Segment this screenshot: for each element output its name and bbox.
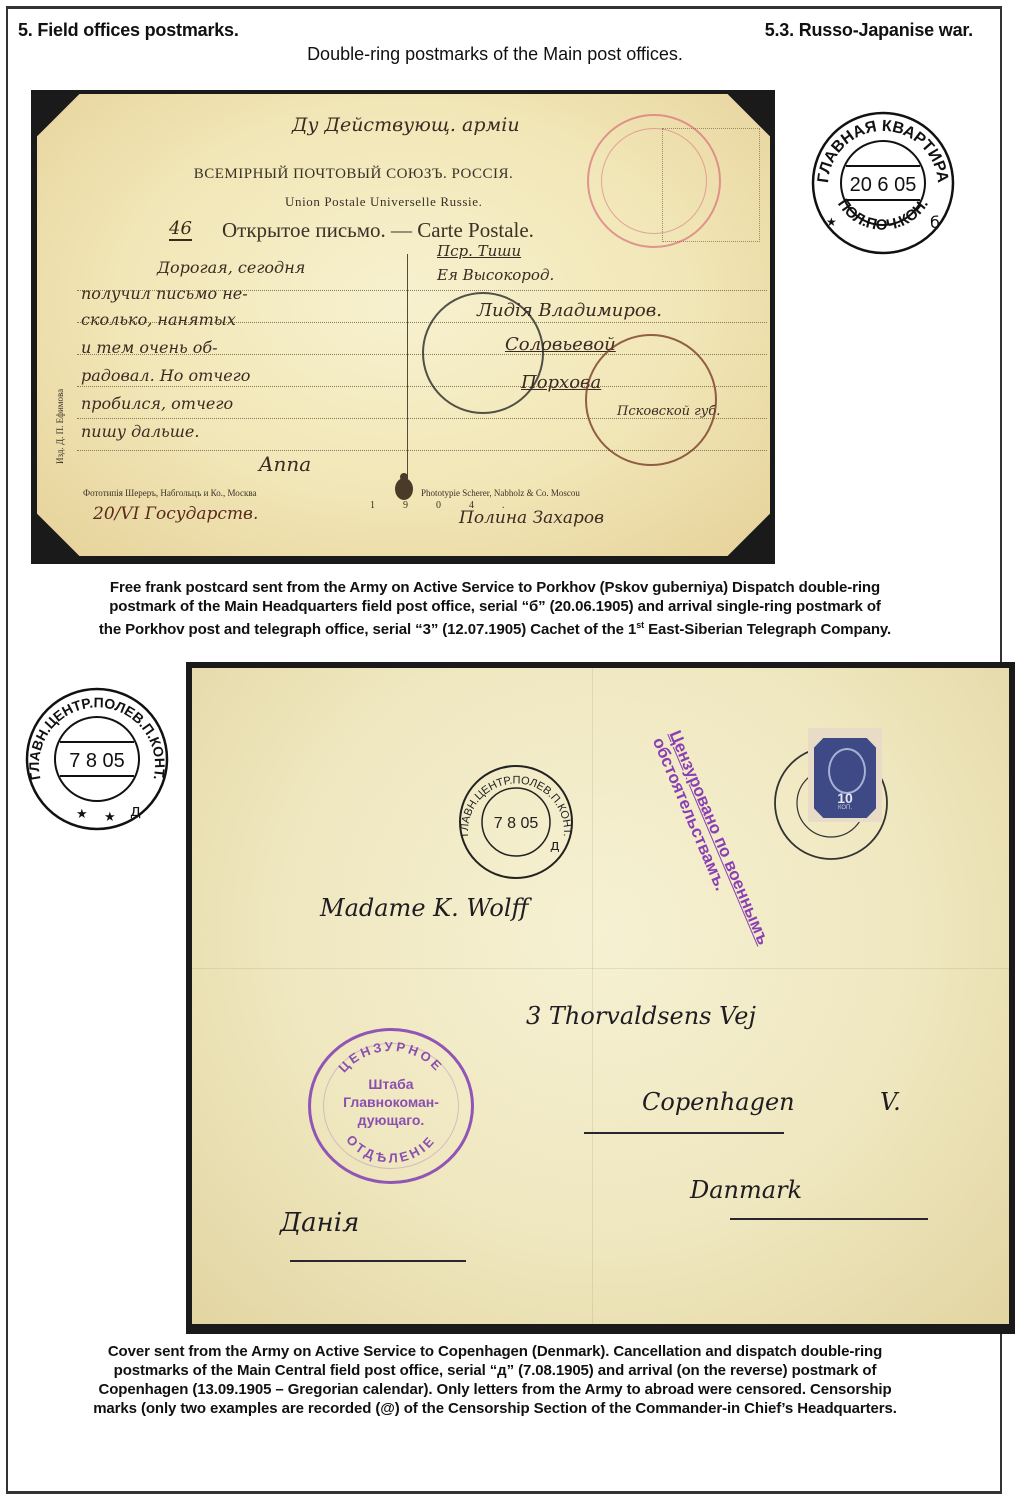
dispatch-cancellation: ГЛАВН.ЦЕНТР.ПОЛЕВ.П.КОНТ. 7 8 05 д — [454, 760, 578, 884]
caption-line: postmarks of the Main Central field post… — [20, 1361, 970, 1380]
underline — [290, 1260, 466, 1262]
page-subtitle: Double-ring postmarks of the Main post o… — [0, 44, 990, 65]
double-eagle-icon — [828, 748, 866, 794]
address-line-1: Madame K. Wolff — [320, 894, 529, 922]
censor-line: Главнокоман- — [311, 1093, 471, 1111]
arrival-cancellation — [422, 292, 544, 414]
svg-text:д: д — [130, 801, 141, 820]
svg-text:★: ★ — [104, 809, 116, 824]
caption-line: Copenhagen (13.09.1905 – Gregorian calen… — [20, 1380, 970, 1399]
corner-mount — [37, 94, 79, 136]
caption-line: postmark of the Main Headquarters field … — [20, 597, 970, 616]
stamp-design: 10 КОП. — [814, 738, 876, 818]
corner-mount — [728, 514, 770, 556]
postmark-replica-main-central: 7 8 05 ГЛАВН.ЦЕНТР.ПОЛЕВ.П.КОНТ. ★ ★ д — [22, 684, 172, 834]
underline — [584, 1132, 784, 1134]
dispatch-cancellation — [585, 334, 717, 466]
telegraph-company-cachet — [587, 114, 721, 248]
svg-text:б: б — [930, 213, 940, 232]
address-country-ru: Данія — [280, 1208, 359, 1238]
address-line: Пср. Тиши — [437, 242, 521, 260]
svg-text:ЦЕНЗУРНОЕ: ЦЕНЗУРНОЕ — [335, 1039, 446, 1075]
postcard-caption: Free frank postcard sent from the Army o… — [20, 578, 970, 639]
publisher-imprint: Изд. Д. П. Ефимова — [55, 389, 65, 464]
subsection-title: 5.3. Russo-Japanise war. — [765, 20, 973, 41]
svg-text:7 8 05: 7 8 05 — [494, 815, 539, 832]
crease — [192, 968, 1009, 969]
linear-censor-mark: Цензуровано по военнымъ обстоятельствамъ… — [649, 728, 772, 955]
imperial-eagle-icon — [392, 472, 416, 502]
stamp-unit: КОП. — [814, 805, 876, 811]
svg-text:★: ★ — [76, 806, 88, 821]
message-line: и тем очень об- — [81, 338, 218, 357]
cover-surface: ГЛАВН.ЦЕНТР.ПОЛЕВ.П.КОНТ. 7 8 05 д Цензу… — [192, 668, 1009, 1324]
crease — [592, 668, 593, 1324]
postmark-replica-main-headquarters: 20 6 05 ГЛАВНАЯ КВАРТИРА ПОЛ.ПОЧ.КОН. ★ … — [808, 108, 958, 258]
postcard-image: Ду Действующ. арміи ВСЕМІРНЫЙ ПОЧТОВЫЙ С… — [31, 90, 775, 564]
svg-text:7 8 05: 7 8 05 — [69, 750, 125, 772]
svg-text:ПОЛ.ПОЧ.КОН.: ПОЛ.ПОЧ.КОН. — [834, 196, 932, 234]
printed-title: Открытое письмо. — Carte Postale. — [222, 218, 534, 243]
svg-text:★: ★ — [826, 215, 837, 229]
cover-image: ГЛАВН.ЦЕНТР.ПОЛЕВ.П.КОНТ. 7 8 05 д Цензу… — [186, 662, 1015, 1334]
address-district: V. — [880, 1088, 901, 1116]
postcard-surface: Ду Действующ. арміи ВСЕМІРНЫЙ ПОЧТОВЫЙ С… — [37, 94, 770, 556]
printer-imprint-fr: Phototypie Scherer, Nabholz & Co. Moscou — [421, 488, 580, 498]
caption-line: the Porkhov post and telegraph office, s… — [20, 616, 970, 639]
message-line: получил письмо не- — [81, 284, 248, 303]
printed-heading-fr: Union Postale Universelle Russie. — [285, 194, 482, 210]
censor-line: Штаба — [311, 1075, 471, 1093]
censor-ring-text: ЦЕНЗУРНОЕ ОТДѢЛЕНІЕ — [311, 1031, 471, 1181]
stamp-value: 10 — [814, 790, 876, 806]
message-line: пробился, отчего — [81, 394, 233, 413]
address-line-3: Copenhagen — [642, 1088, 795, 1116]
address-line-2: 3 Thorvaldsens Vej — [526, 1002, 756, 1030]
postage-stamp: 10 КОП. — [808, 728, 882, 822]
svg-text:20 6 05: 20 6 05 — [850, 174, 917, 196]
cover-caption: Cover sent from the Army on Active Servi… — [20, 1342, 970, 1418]
caption-line: Free frank postcard sent from the Army o… — [20, 578, 970, 597]
print-year: 1904. — [370, 500, 533, 511]
handwritten-date: 20/VI Государств. — [93, 504, 258, 524]
message-line: радовал. Но отчего — [81, 366, 250, 385]
handwritten-number: 46 — [169, 218, 192, 241]
printer-imprint-ru: Фототипія Шереръ, Набгольцъ и Ко., Москв… — [83, 488, 256, 498]
signature: Anna — [259, 452, 311, 476]
message-line: Дорогая, сегодня — [157, 258, 305, 277]
address-line: Ея Высокород. — [437, 266, 554, 284]
address-line-4: Danmark — [690, 1176, 802, 1204]
svg-text:ОТДѢЛЕНІЕ: ОТДѢЛЕНІЕ — [343, 1132, 438, 1166]
censor-line: дующаго. — [311, 1111, 471, 1129]
handwritten-top-line: Ду Действующ. арміи — [292, 114, 520, 136]
oval-censor-mark: ЦЕНЗУРНОЕ ОТДѢЛЕНІЕ Штаба Главнокоман- д… — [308, 1028, 474, 1184]
message-line: пишу дальше. — [81, 422, 199, 441]
message-line: сколько, нанятых — [81, 310, 236, 329]
address-line: Полина Захаров — [459, 508, 604, 528]
corner-mount — [37, 514, 79, 556]
caption-line: marks (only two examples are recorded (@… — [20, 1399, 970, 1418]
caption-line: Cover sent from the Army on Active Servi… — [20, 1342, 970, 1361]
underline — [730, 1218, 928, 1220]
section-title: 5. Field offices postmarks. — [18, 20, 239, 41]
censor-center-text: Штаба Главнокоман- дующаго. — [311, 1075, 471, 1129]
censor-line: Цензуровано по военнымъ — [665, 728, 772, 948]
svg-text:д: д — [550, 838, 560, 854]
